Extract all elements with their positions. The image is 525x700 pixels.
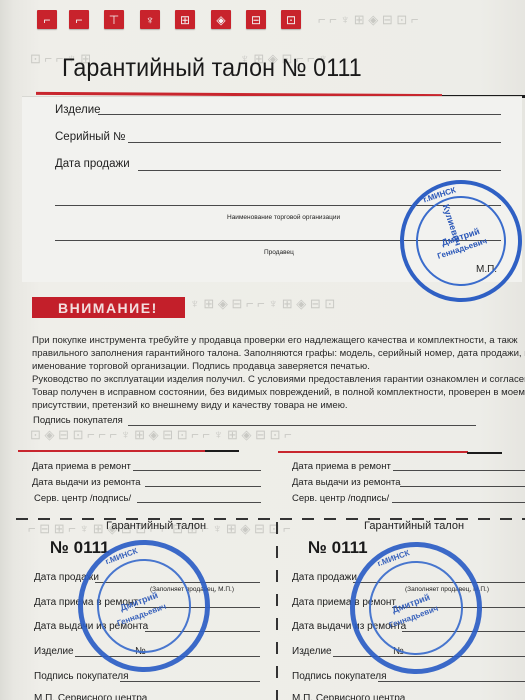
repair-left-rule-red — [18, 450, 206, 452]
coupon-left-product-label: Изделие — [34, 646, 74, 657]
repair-left-receive-input[interactable] — [133, 470, 261, 471]
warning-text: При покупке инструмента требуйте у прода… — [32, 334, 525, 412]
field-label-product: Изделие — [55, 104, 101, 116]
field-label-sale-date: Дата продажи — [55, 158, 130, 170]
router-icon: ⊡ — [281, 10, 301, 29]
planer-icon: ◈ — [211, 10, 231, 29]
coupon-left-service-seal-label: М.П. Сервисного центра — [34, 693, 147, 700]
coupon-right-title: Гарантийный талон — [364, 520, 464, 532]
coupon-right-sale-date-label: Дата продажи — [292, 572, 357, 583]
coupon-left-title: Гарантийный талон — [106, 520, 206, 532]
repair-left-rule-black — [205, 450, 239, 452]
field-serial-input[interactable] — [128, 142, 501, 143]
warranty-card-page: ⌐ ⌐ ♆ ⊞ ◈ ⊟ ⊡ ⌐ ⊡ ⌐ ⌐ ♆ ⊞ ♆ ⊞ ◈ ⊡ ⌐ ⌐ ♆ … — [0, 0, 525, 700]
coupon-right-product-label: Изделие — [292, 646, 332, 657]
field-label-serial: Серийный № — [55, 131, 126, 143]
cordless-drill-icon: ⊤ — [104, 10, 124, 29]
coupon-left-signature-label: Подпись покупателя — [34, 671, 129, 682]
coupon-right-signature-input[interactable] — [378, 681, 525, 682]
coupon-left-signature-input[interactable] — [120, 681, 260, 682]
repair-left-return-label: Дата выдачи из ремонта — [32, 477, 141, 488]
jigsaw-icon: ⊞ — [175, 10, 195, 29]
org-name-caption: Наименование торговой организации — [227, 214, 340, 221]
page-title: Гарантийный талон № 0111 — [62, 54, 362, 83]
coupon-right-number: № 0111 — [308, 538, 368, 558]
repair-right-return-input[interactable] — [400, 486, 525, 487]
repair-right-rule-red — [278, 451, 468, 453]
repair-right-receive-input[interactable] — [393, 470, 525, 471]
drill-icon: ⌐ — [37, 10, 57, 29]
repair-right-receive-label: Дата приема в ремонт — [292, 461, 391, 472]
coupon-right-signature-label: Подпись покупателя — [292, 671, 387, 682]
screwdriver-icon: ⌐ — [69, 10, 89, 29]
tear-line-vertical — [276, 522, 278, 700]
repair-right-return-label: Дата выдачи из ремонта — [292, 477, 401, 488]
repair-left-receive-label: Дата приема в ремонт — [32, 461, 131, 472]
angle-grinder-icon: ♆ — [140, 10, 160, 29]
seller-caption: Продавец — [264, 249, 294, 256]
buyer-signature-label: Подпись покупателя — [33, 415, 123, 426]
repair-left-service-label: Серв. центр /подпись/ — [34, 493, 131, 504]
repair-right-service-label: Серв. центр /подпись/ — [292, 493, 389, 504]
coupon-right-service-seal-label: М.П. Сервисного центра — [292, 693, 405, 700]
sander-icon: ⊟ — [246, 10, 266, 29]
repair-left-service-input[interactable] — [137, 502, 261, 503]
repair-right-service-input[interactable] — [392, 502, 525, 503]
repair-left-return-input[interactable] — [145, 486, 261, 487]
warning-badge: ВНИМАНИЕ! — [32, 297, 185, 318]
field-sale-date-input[interactable] — [138, 170, 501, 171]
field-product-input[interactable] — [98, 114, 501, 115]
buyer-signature-input[interactable] — [128, 425, 476, 426]
repair-right-rule-black — [467, 452, 502, 454]
